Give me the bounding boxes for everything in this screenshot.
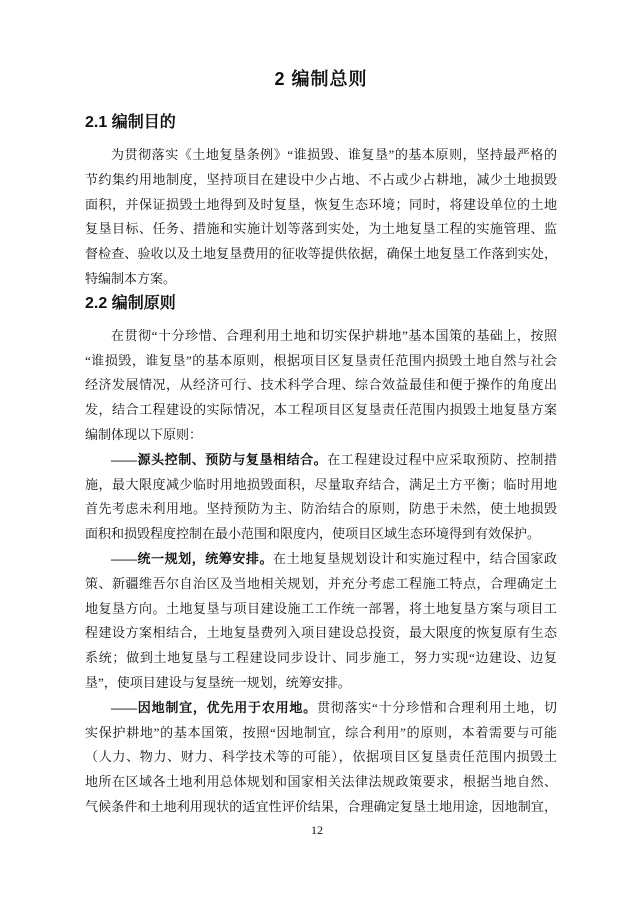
text-line: 策、新疆维吾尔自治区及当地相关规划，并充分考虑工程施工特点，合理确定土	[85, 572, 557, 597]
text-line: 经济发展情况，从经济可行、技术科学合理、综合效益最佳和便于操作的角度出	[85, 373, 557, 398]
line-text: 在工程建设过程中应采取预防、控制措	[327, 452, 557, 467]
section-2-1: 2.1 编制目的 为贯彻落实《土地复垦条例》“谁损毁、谁复垦”的基本原则，坚持最…	[85, 111, 557, 292]
line-text: 贯彻落实“十分珍惜和合理利用土地，切	[317, 700, 557, 715]
page-number: 12	[0, 823, 634, 838]
text-line: 程建设方案相结合，土地复垦费列入项目建设总投资，最大限度的恢复原有生态	[85, 621, 557, 646]
section-body-2-2: 在贯彻“十分珍惜、合理利用土地和切实保护耕地”基本国策的基础上，按照“谁损毁，谁…	[85, 324, 557, 820]
bold-lead: ——统一规划，统筹安排。	[111, 551, 273, 566]
text-line: 面积和损毁程度控制在最小范围和限度内，使项目区域生态环境得到有效保护。	[85, 522, 557, 547]
paragraph: ——统一规划，统筹安排。在土地复垦规划设计和实施过程中，结合国家政策、新疆维吾尔…	[85, 547, 557, 696]
section-heading-2-2: 2.2 编制原则	[85, 292, 557, 316]
text-line: ——统一规划，统筹安排。在土地复垦规划设计和实施过程中，结合国家政	[85, 547, 557, 572]
text-line: 为贯彻落实《土地复垦条例》“谁损毁、谁复垦”的基本原则，坚持最严格的	[85, 143, 557, 168]
text-line: 垦”，使项目建设与复垦统一规划，统筹安排。	[85, 671, 557, 696]
text-line: 气候条件和土地利用现状的适宜性评价结果，合理确定复垦土地用途，因地制宜，	[85, 795, 557, 820]
text-line: 实保护耕地”的基本国策，按照“因地制宜，综合利用”的原则，本着需要与可能	[85, 721, 557, 746]
section-heading-2-1: 2.1 编制目的	[85, 111, 557, 135]
text-line: ——因地制宜，优先用于农用地。贯彻落实“十分珍惜和合理利用土地，切	[85, 696, 557, 721]
text-line: 特编制本方案。	[85, 267, 557, 292]
text-line: 节约集约用地制度，坚持项目在建设中少占地、不占或少占耕地，减少土地损毁	[85, 168, 557, 193]
bold-lead: ——源头控制、预防与复垦相结合。	[111, 452, 327, 467]
text-line: 复垦目标、任务、措施和实施计划等落到实处，为土地复垦工程的实施管理、监	[85, 217, 557, 242]
text-line: “谁损毁，谁复垦”的基本原则，根据项目区复垦责任范围内损毁土地自然与社会	[85, 349, 557, 374]
text-line: 发，结合工程建设的实际情况，本工程项目区复垦责任范围内损毁土地复垦方案	[85, 398, 557, 423]
paragraph: ——因地制宜，优先用于农用地。贯彻落实“十分珍惜和合理利用土地，切实保护耕地”的…	[85, 696, 557, 820]
page-title: 2 编制总则	[85, 64, 557, 94]
text-line: 地所在区域各土地利用总体规划和国家相关法律法规政策要求，根据当地自然、	[85, 770, 557, 795]
text-line: 首先考虑未利用地。坚持预防为主、防治结合的原则，防患于未然，使土地损毁	[85, 497, 557, 522]
paragraph: 在贯彻“十分珍惜、合理利用土地和切实保护耕地”基本国策的基础上，按照“谁损毁，谁…	[85, 324, 557, 448]
text-line: 施，最大限度减少临时用地损毁面积，尽量取弃结合，满足土方平衡；临时用地	[85, 473, 557, 498]
section-body-2-1: 为贯彻落实《土地复垦条例》“谁损毁、谁复垦”的基本原则，坚持最严格的节约集约用地…	[85, 143, 557, 292]
bold-lead: ——因地制宜，优先用于农用地。	[111, 700, 317, 715]
section-2-2: 2.2 编制原则 在贯彻“十分珍惜、合理利用土地和切实保护耕地”基本国策的基础上…	[85, 292, 557, 820]
line-text: 在土地复垦规划设计和实施过程中，结合国家政	[273, 551, 557, 566]
text-line: 编制体现以下原则：	[85, 423, 557, 448]
text-line: ——源头控制、预防与复垦相结合。在工程建设过程中应采取预防、控制措	[85, 448, 557, 473]
text-line: （人力、物力、财力、科学技术等的可能），依据项目区复垦责任范围内损毁土	[85, 745, 557, 770]
paragraph: 为贯彻落实《土地复垦条例》“谁损毁、谁复垦”的基本原则，坚持最严格的节约集约用地…	[85, 143, 557, 292]
document-page: 2 编制总则 2.1 编制目的 为贯彻落实《土地复垦条例》“谁损毁、谁复垦”的基…	[0, 0, 634, 898]
text-line: 系统；做到土地复垦与工程建设同步设计、同步施工，努力实现“边建设、边复	[85, 646, 557, 671]
text-line: 督检查、验收以及土地复垦费用的征收等提供依据，确保土地复垦工作落到实处，	[85, 242, 557, 267]
paragraph: ——源头控制、预防与复垦相结合。在工程建设过程中应采取预防、控制措施，最大限度减…	[85, 448, 557, 547]
text-line: 面积，并保证损毁土地得到及时复垦，恢复生态环境；同时，将建设单位的土地	[85, 193, 557, 218]
text-line: 在贯彻“十分珍惜、合理利用土地和切实保护耕地”基本国策的基础上，按照	[85, 324, 557, 349]
text-line: 地复垦方向。土地复垦与项目建设施工工作统一部署，将土地复垦方案与项目工	[85, 597, 557, 622]
